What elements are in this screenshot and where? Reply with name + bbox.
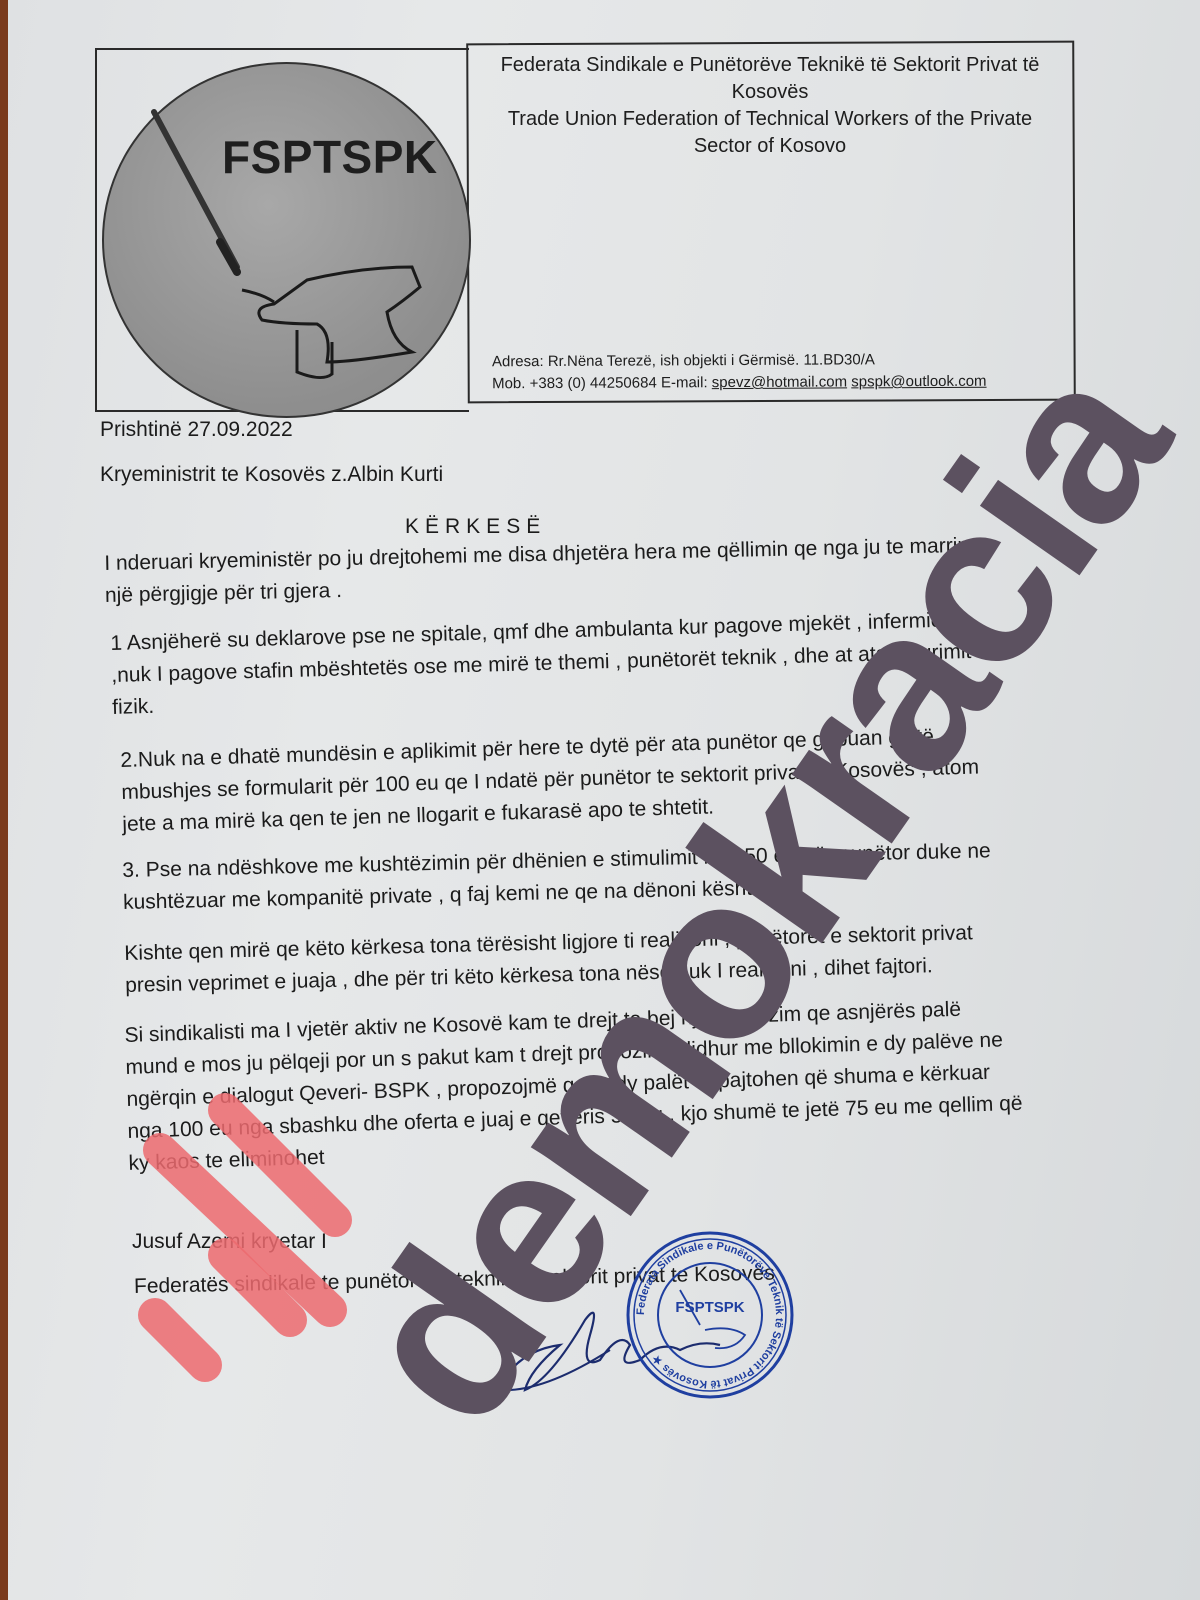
signatory: Jusuf Azemi kryetar I	[132, 1230, 327, 1254]
email-link-1[interactable]: spevz@hotmail.com	[712, 373, 847, 391]
org-name-sq-line1: Federata Sindikale e Punëtorëve Teknikë …	[480, 52, 1060, 79]
official-stamp: Federata Sindikale e Punëtorëve Teknik t…	[620, 1230, 800, 1400]
org-name-en-line1: Trade Union Federation of Technical Work…	[480, 106, 1060, 133]
pen-anvil-icon	[102, 62, 467, 414]
paragraph: Si sindikalisti ma I vjetër aktiv ne Kos…	[124, 992, 1024, 1180]
email-link-2[interactable]: spspk@outlook.com	[851, 373, 986, 391]
letter-heading: KËRKESË	[405, 515, 546, 539]
logo-text: FSPTSPK	[222, 130, 438, 184]
organization-name: Federata Sindikale e Punëtorëve Teknikë …	[480, 52, 1060, 160]
contact-info: Adresa: Rr.Nëna Terezë, ish objekti i Gë…	[492, 349, 987, 396]
letter-date: Prishtinë 27.09.2022	[100, 418, 293, 442]
address: Adresa: Rr.Nëna Terezë, ish objekti i Gë…	[492, 349, 987, 374]
recipient: Kryeministrit te Kosovës z.Albin Kurti	[100, 463, 443, 487]
mobile: Mob. +383 (0) 44250684 E-mail:	[492, 374, 708, 392]
org-name-en-line2: Sector of Kosovo	[480, 133, 1060, 160]
org-name-sq-line2: Kosovës	[480, 79, 1060, 106]
